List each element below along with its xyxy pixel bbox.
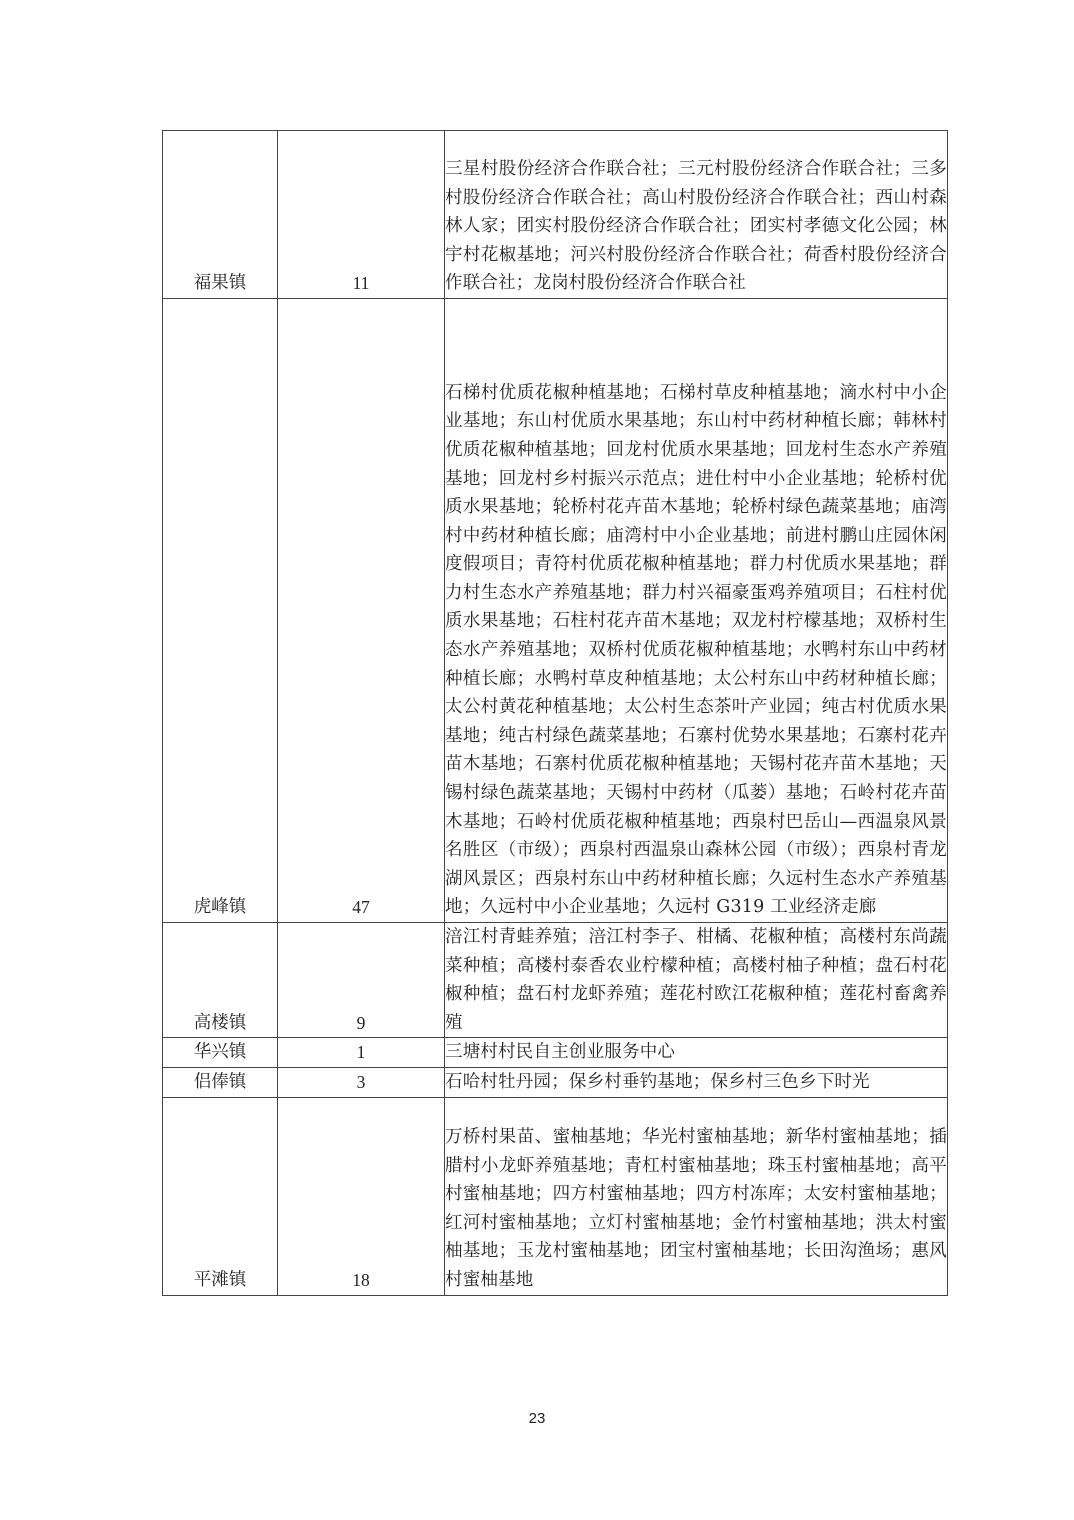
site-list: 石梯村优质花椒种植基地；石梯村草皮种植基地；滴水村中小企业基地；东山村优质水果基… <box>445 299 948 923</box>
site-list: 三星村股份经济合作联合社；三元村股份经济合作联合社；三多村股份经济合作联合社；高… <box>445 131 948 299</box>
site-list: 石哈村牡丹园；保乡村垂钓基地；保乡村三色乡下时光 <box>445 1067 948 1097</box>
town-name: 侣俸镇 <box>163 1067 278 1097</box>
table-row: 平滩镇 18 万桥村果苗、蜜柚基地；华光村蜜柚基地；新华村蜜柚基地；插腊村小龙虾… <box>163 1097 948 1295</box>
site-count: 9 <box>278 923 445 1038</box>
town-name: 高楼镇 <box>163 923 278 1038</box>
page-number: 23 <box>0 1410 1074 1427</box>
town-sites-table: 福果镇 11 三星村股份经济合作联合社；三元村股份经济合作联合社；三多村股份经济… <box>162 130 948 1296</box>
site-count: 18 <box>278 1097 445 1295</box>
site-list: 三塘村村民自主创业服务中心 <box>445 1038 948 1068</box>
site-count: 11 <box>278 131 445 299</box>
table-row: 华兴镇 1 三塘村村民自主创业服务中心 <box>163 1038 948 1068</box>
table-row: 侣俸镇 3 石哈村牡丹园；保乡村垂钓基地；保乡村三色乡下时光 <box>163 1067 948 1097</box>
site-list: 涪江村青蛙养殖；涪江村李子、柑橘、花椒种植；高楼村东尚蔬菜种植；高楼村泰香农业柠… <box>445 923 948 1038</box>
site-list: 万桥村果苗、蜜柚基地；华光村蜜柚基地；新华村蜜柚基地；插腊村小龙虾养殖基地；青杠… <box>445 1097 948 1295</box>
town-name: 福果镇 <box>163 131 278 299</box>
table-row: 福果镇 11 三星村股份经济合作联合社；三元村股份经济合作联合社；三多村股份经济… <box>163 131 948 299</box>
town-name: 华兴镇 <box>163 1038 278 1068</box>
site-count: 47 <box>278 299 445 923</box>
town-name: 虎峰镇 <box>163 299 278 923</box>
table-row: 高楼镇 9 涪江村青蛙养殖；涪江村李子、柑橘、花椒种植；高楼村东尚蔬菜种植；高楼… <box>163 923 948 1038</box>
site-count: 1 <box>278 1038 445 1068</box>
town-name: 平滩镇 <box>163 1097 278 1295</box>
table-row: 虎峰镇 47 石梯村优质花椒种植基地；石梯村草皮种植基地；滴水村中小企业基地；东… <box>163 299 948 923</box>
site-count: 3 <box>278 1067 445 1097</box>
